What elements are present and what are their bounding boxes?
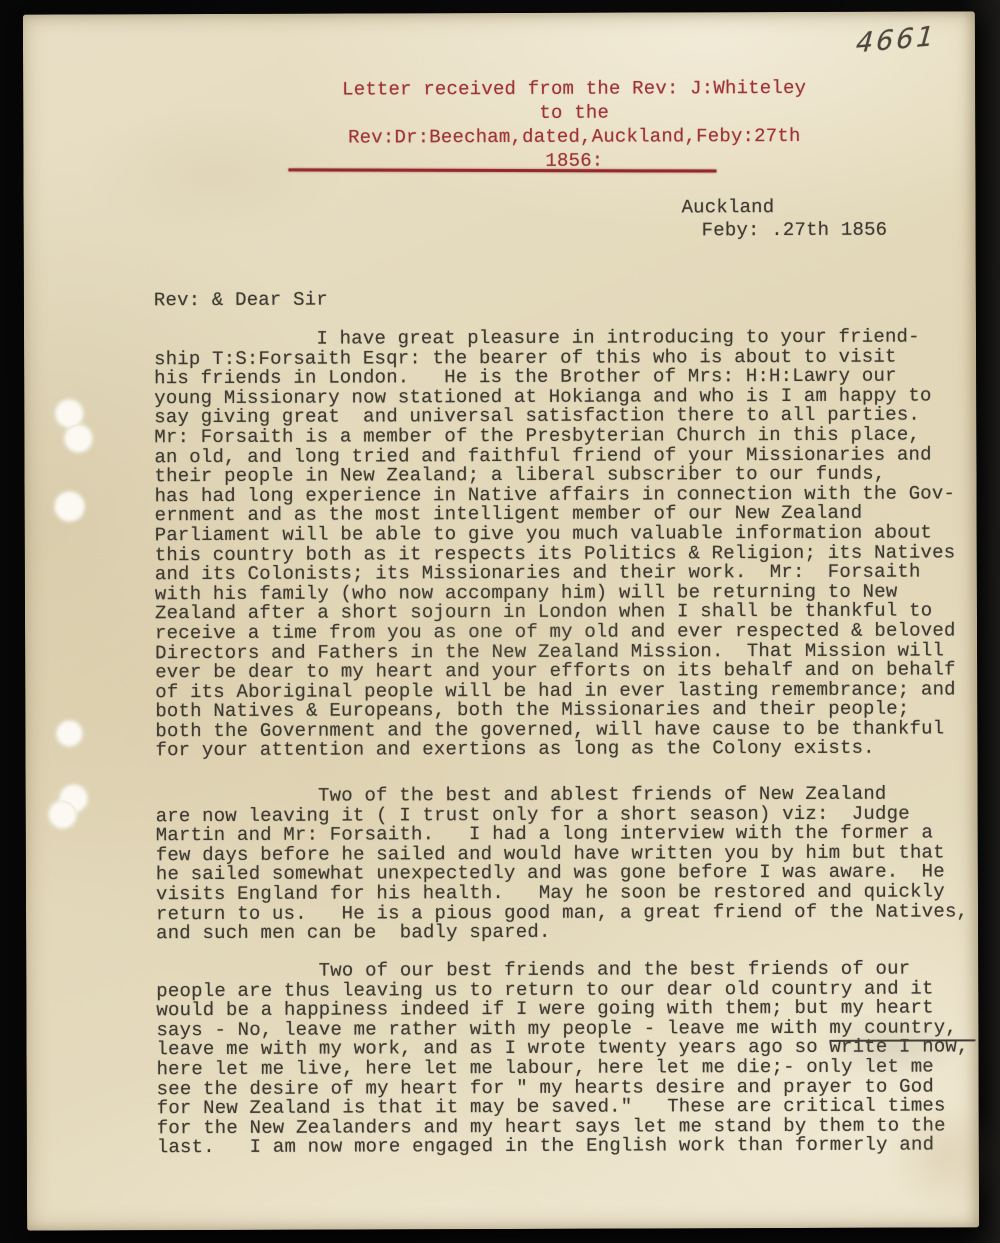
text-line: Rev:Dr:Beecham,dated,Auckland,Feby:27th [274,124,874,150]
paragraph-3-top: Two of our best friends and the best fri… [156,959,975,1021]
dateline: Auckland Feby: .27th 1856 [682,196,888,243]
paragraph-1: I have great pleasure in introducing to … [154,327,956,761]
dateline-place: Auckland [682,196,888,220]
text-line: last. I am now more engaged in the Engli… [157,1136,976,1158]
archive-number: 4661 [855,21,938,60]
punch-hole [55,399,83,427]
text-line: and such men can be badly spared. [156,922,968,944]
paragraph-3: Two of our best friends and the best fri… [156,959,975,1158]
text-line: to the [274,100,874,126]
scan-background: 4661 Letter received from the Rev: J:Whi… [0,0,1000,1243]
punch-hole [49,800,77,828]
text-line: for your attention and exertions as long… [155,739,956,761]
punch-hole [64,424,92,452]
letter-heading: Letter received from the Rev: J:Whiteley… [274,76,874,174]
punch-hole [56,720,82,746]
paragraph-3-bottom: leave me with my work, and as I wrote tw… [156,1038,975,1158]
salutation: Rev: & Dear Sir [154,289,328,312]
punch-hole [55,491,85,521]
paragraph-2: Two of the best and ablest friends of Ne… [156,784,969,944]
text-line: Letter received from the Rev: J:Whiteley [274,76,874,102]
dateline-date: Feby: .27th 1856 [682,219,888,243]
letter-page: 4661 Letter received from the Rev: J:Whi… [23,11,979,1230]
